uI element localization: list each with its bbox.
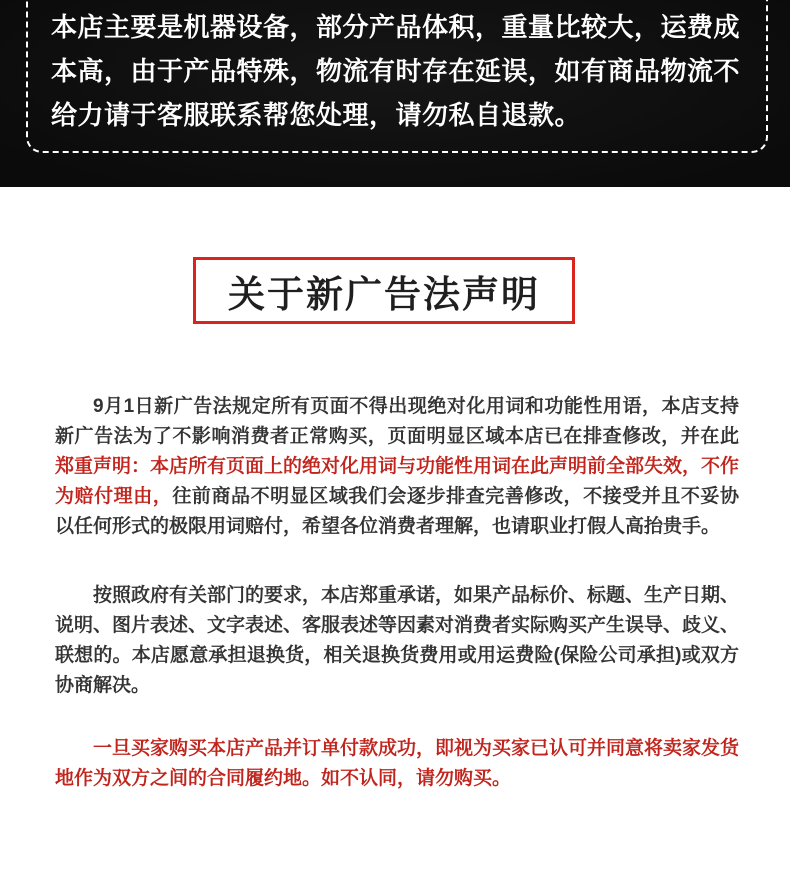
shipping-notice-banner: 本店主要是机器设备，部分产品体积，重量比较大，运费成本高，由于产品特殊，物流有时… (0, 0, 790, 187)
statement-paragraph-2: 按照政府有关部门的要求，本店郑重承诺，如果产品标价、标题、生产日期、说明、图片表… (55, 581, 739, 701)
text-run-red: 一旦买家购买本店产品并订单付款成功，即视为买家已认可并同意将卖家发货地作为双方之… (55, 738, 739, 789)
statement-paragraph-3: 一旦买家购买本店产品并订单付款成功，即视为买家已认可并同意将卖家发货地作为双方之… (55, 734, 739, 794)
ad-law-title: 关于新广告法声明 (228, 264, 540, 318)
text-run-black: 按照政府有关部门的要求，本店郑重承诺，如果产品标价、标题、生产日期、说明、图片表… (55, 585, 739, 696)
text-run-black: 9月1日新广告法规定所有页面不得出现绝对化用词和功能性用语，本店支持新广告法为了… (55, 396, 739, 447)
ad-law-statement-section: 关于新广告法声明 9月1日新广告法规定所有页面不得出现绝对化用词和功能性用语，本… (0, 257, 790, 794)
ad-law-title-box: 关于新广告法声明 (193, 257, 575, 324)
statement-paragraph-1: 9月1日新广告法规定所有页面不得出现绝对化用词和功能性用语，本店支持新广告法为了… (55, 392, 739, 542)
shipping-notice-text: 本店主要是机器设备，部分产品体积，重量比较大，运费成本高，由于产品特殊，物流有时… (51, 5, 761, 137)
